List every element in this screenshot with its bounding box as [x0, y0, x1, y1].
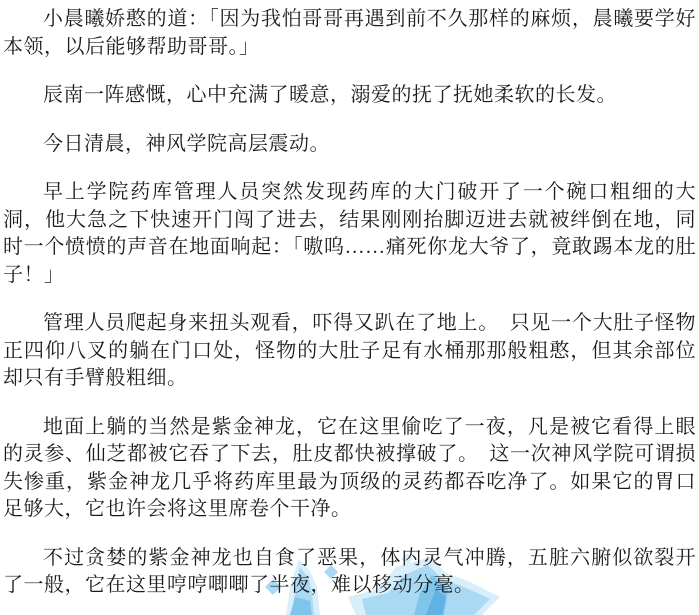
- watermark-blob-left-foot: [290, 597, 312, 615]
- novel-page: 小晨曦娇憨的道：「因为我怕哥哥再遇到前不久那样的麻烦，晨曦要学好本领，以后能够帮…: [0, 0, 699, 615]
- paragraph-1: 小晨曦娇憨的道：「因为我怕哥哥再遇到前不久那样的麻烦，晨曦要学好本领，以后能够帮…: [3, 6, 696, 61]
- paragraph-6: 地面上躺的当然是紫金神龙，它在这里偷吃了一夜，凡是被它看得上眼的灵参、仙芝都被它…: [3, 414, 696, 524]
- paragraph-5: 管理人员爬起身来扭头观看，吓得又趴在了地上。 只见一个大肚子怪物正四仰八叉的躺在…: [3, 310, 696, 393]
- paragraph-4: 早上学院药库管理人员突然发现药库的大门破开了一个碗口粗细的大洞，他大急之下快速开…: [3, 179, 696, 289]
- paragraph-3: 今日清晨，神风学院高层震动。: [3, 131, 696, 159]
- paragraph-7: 不过贪婪的紫金神龙也自食了恶果，体内灵气冲腾，五脏六腑似欲裂开了一般，它在这里哼…: [3, 545, 696, 600]
- paragraph-2: 辰南一阵感慨，心中充满了暖意，溺爱的抚了抚她柔软的长发。: [3, 82, 696, 110]
- novel-text: 小晨曦娇憨的道：「因为我怕哥哥再遇到前不久那样的麻烦，晨曦要学好本领，以后能够帮…: [0, 0, 699, 600]
